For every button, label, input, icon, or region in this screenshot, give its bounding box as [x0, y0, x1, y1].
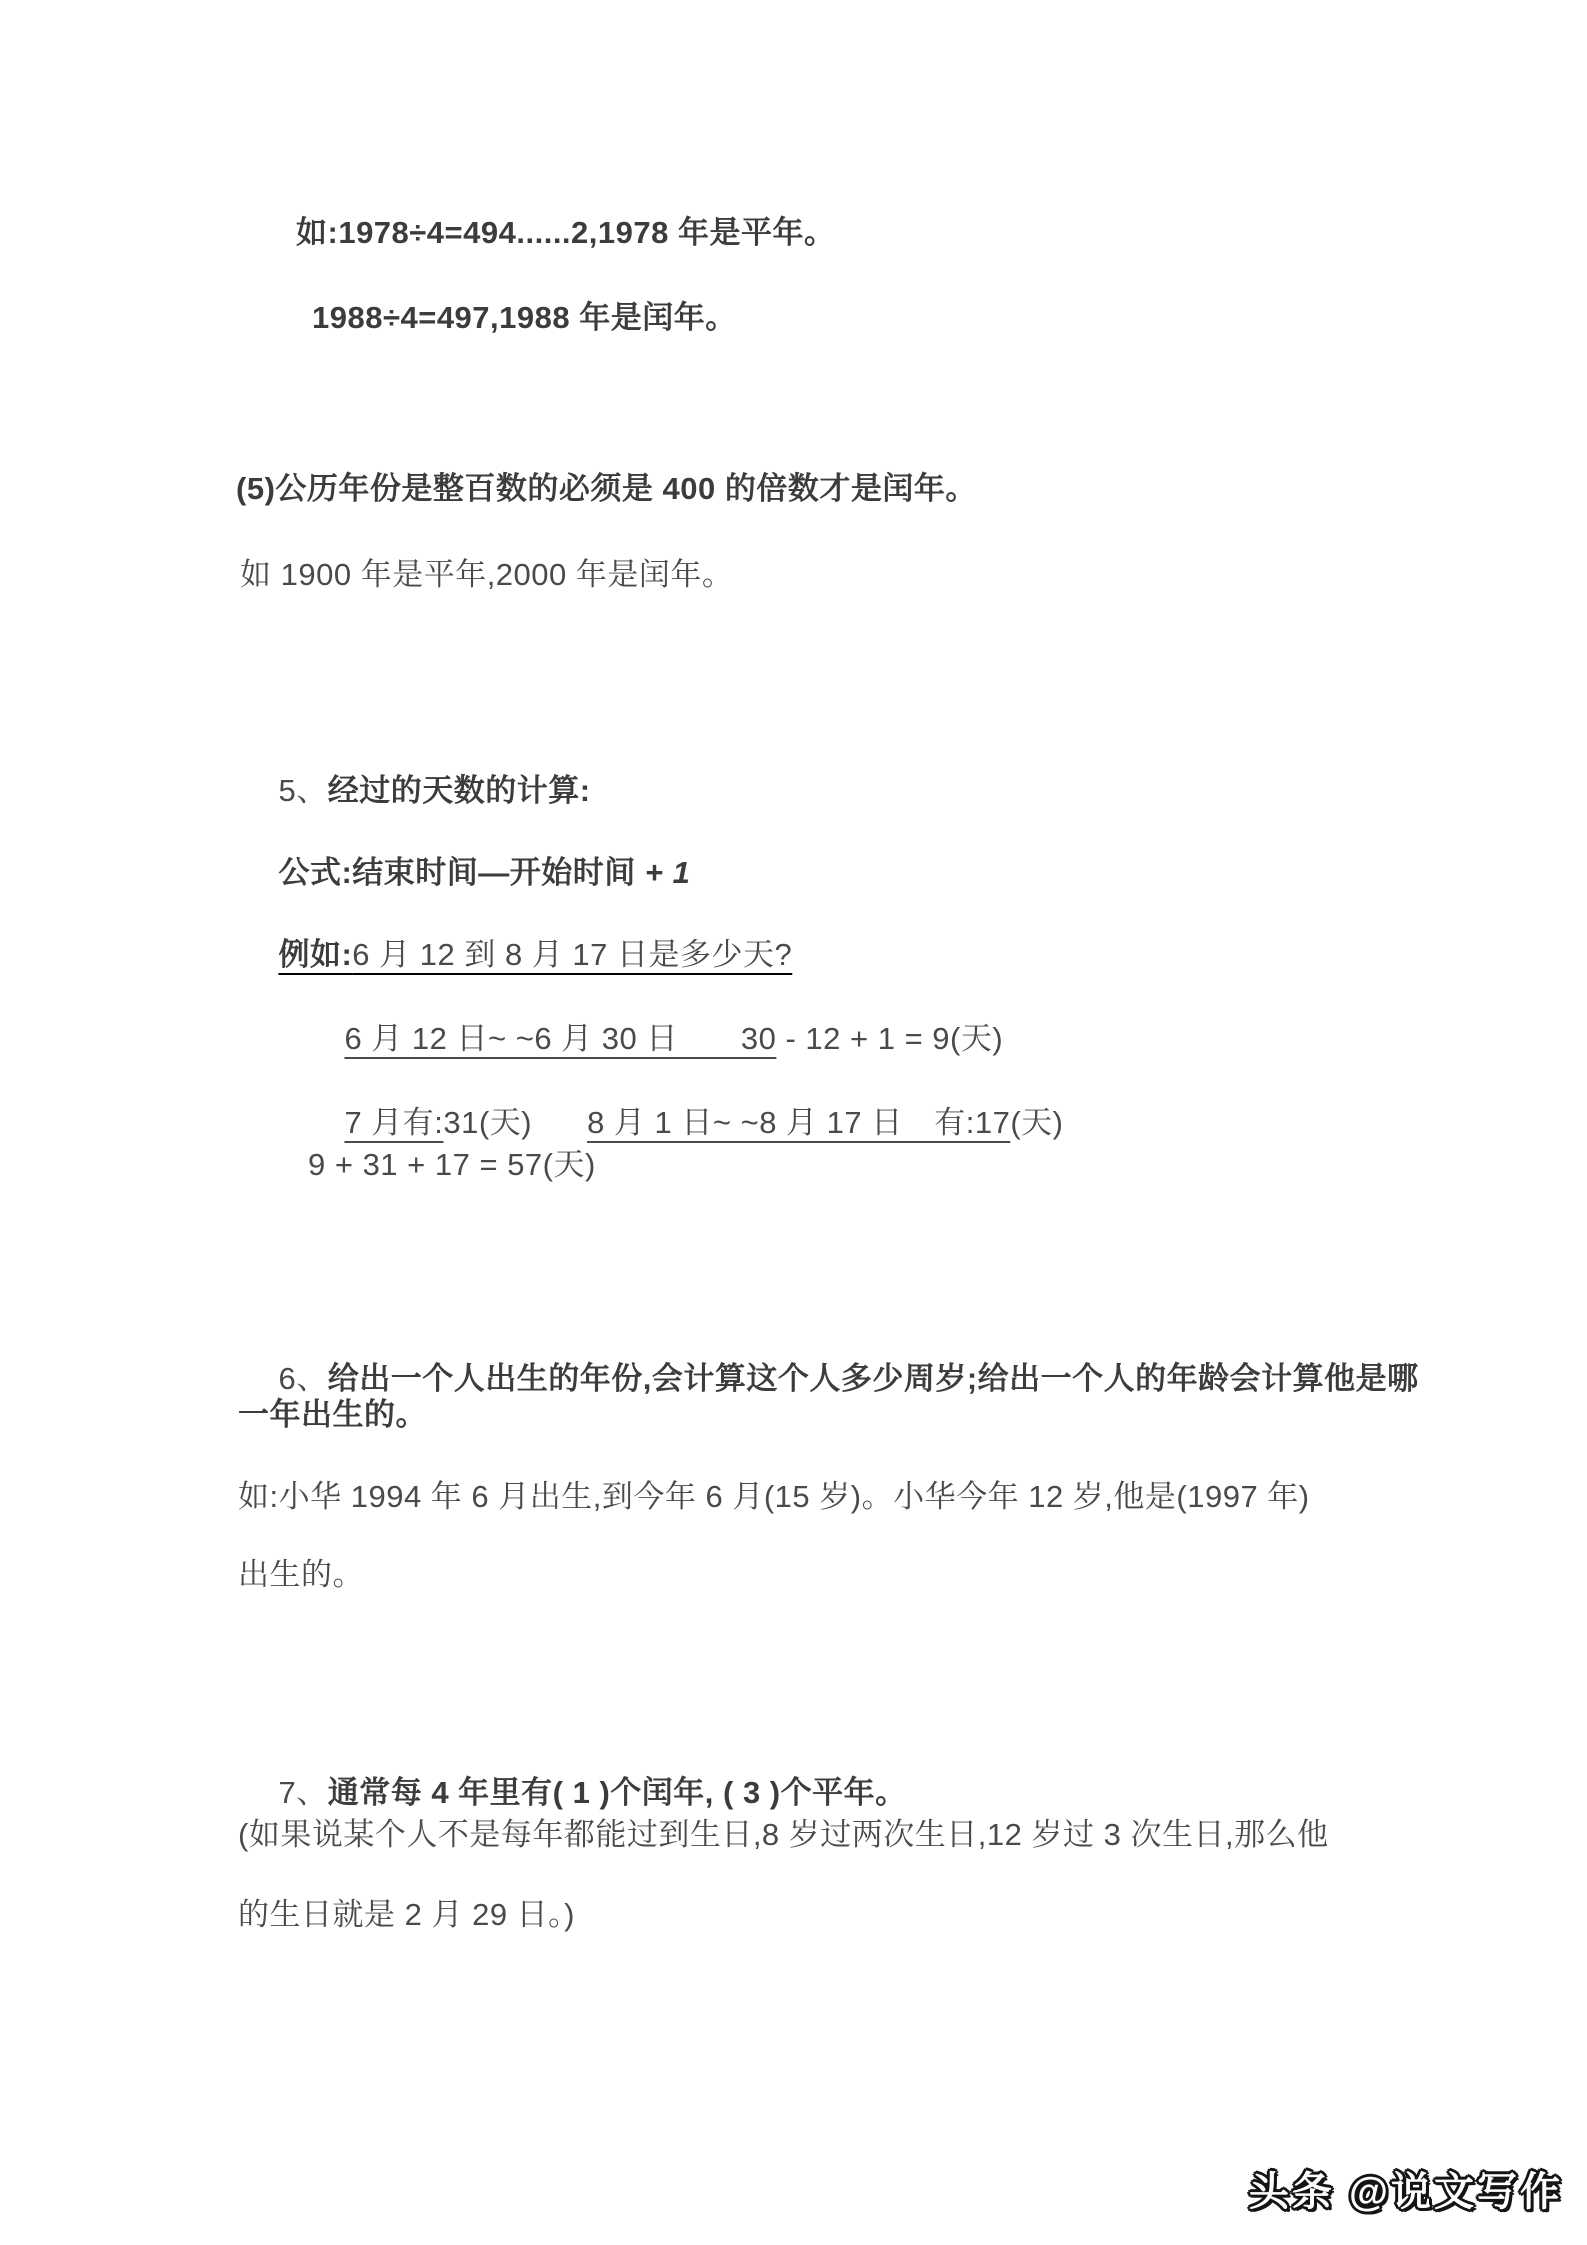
section-5-number: 5、: [278, 773, 327, 808]
section-6-heading-line-2: 一年出生的。: [238, 1394, 427, 1436]
leap-example-1988: 1988÷4=497,1988 年是闰年。: [312, 297, 737, 339]
rule-5-example: 如 1900 年是平年,2000 年是闰年。: [240, 554, 733, 596]
calc-step-1-underlined: 6 月 12 日~ ~6 月 30 日 30: [344, 1021, 776, 1056]
calc-step-2-plain-2: (天): [1010, 1105, 1063, 1140]
section-7-note-line-2: 的生日就是 2 月 29 日。): [238, 1894, 575, 1936]
section-7-note-line-1: (如果说某个人不是每年都能过到生日,8 岁过两次生日,12 岁过 3 次生日,那…: [238, 1814, 1329, 1856]
section-6-heading-text: 给出一个人出生的年份,会计算这个人多少周岁;给出一个人的年龄会计算他是哪: [328, 1361, 1419, 1396]
section-6-example-line-2: 出生的。: [238, 1554, 364, 1596]
section-6-example-line-1: 如:小华 1994 年 6 月出生,到今年 6 月(15 岁)。小华今年 12 …: [238, 1476, 1310, 1518]
calc-step-2-plain-1: 31(天): [443, 1105, 532, 1140]
toutiao-watermark: 头条 @说文写作: [1249, 2160, 1563, 2217]
section-7-number: 7、: [278, 1775, 327, 1810]
calc-step-1-rest: - 12 + 1 = 9(天): [776, 1021, 1003, 1056]
example-question: 6 月 12 到 8 月 17 日是多少天?: [352, 937, 792, 972]
calc-step-3: 9 + 31 + 17 = 57(天): [308, 1144, 596, 1186]
section-6-number: 6、: [278, 1361, 327, 1396]
formula-main: 公式:结束时间—开始时间: [278, 855, 635, 890]
rule-5-heading: (5)公历年份是整百数的必须是 400 的倍数才是闰年。: [236, 468, 977, 510]
calc-step-2-underlined-2: 8 月 1 日~ ~8 月 17 日 有:17: [587, 1105, 1010, 1140]
leap-example-1978: 如:1978÷4=494......2,1978 年是平年。: [296, 212, 835, 254]
section-7-heading-text: 通常每 4 年里有( 1 )个闰年, ( 3 )个平年。: [328, 1775, 907, 1810]
formula-tail: + 1: [636, 855, 691, 890]
document-page: 如:1978÷4=494......2,1978 年是平年。 1988÷4=49…: [0, 0, 1587, 2245]
example-label: 例如:: [278, 937, 352, 972]
section-5-heading-text: 经过的天数的计算:: [328, 773, 591, 808]
calc-step-2-underlined-1: 7 月有:: [344, 1105, 443, 1140]
example-question-underline: 例如:6 月 12 到 8 月 17 日是多少天?: [278, 937, 792, 972]
